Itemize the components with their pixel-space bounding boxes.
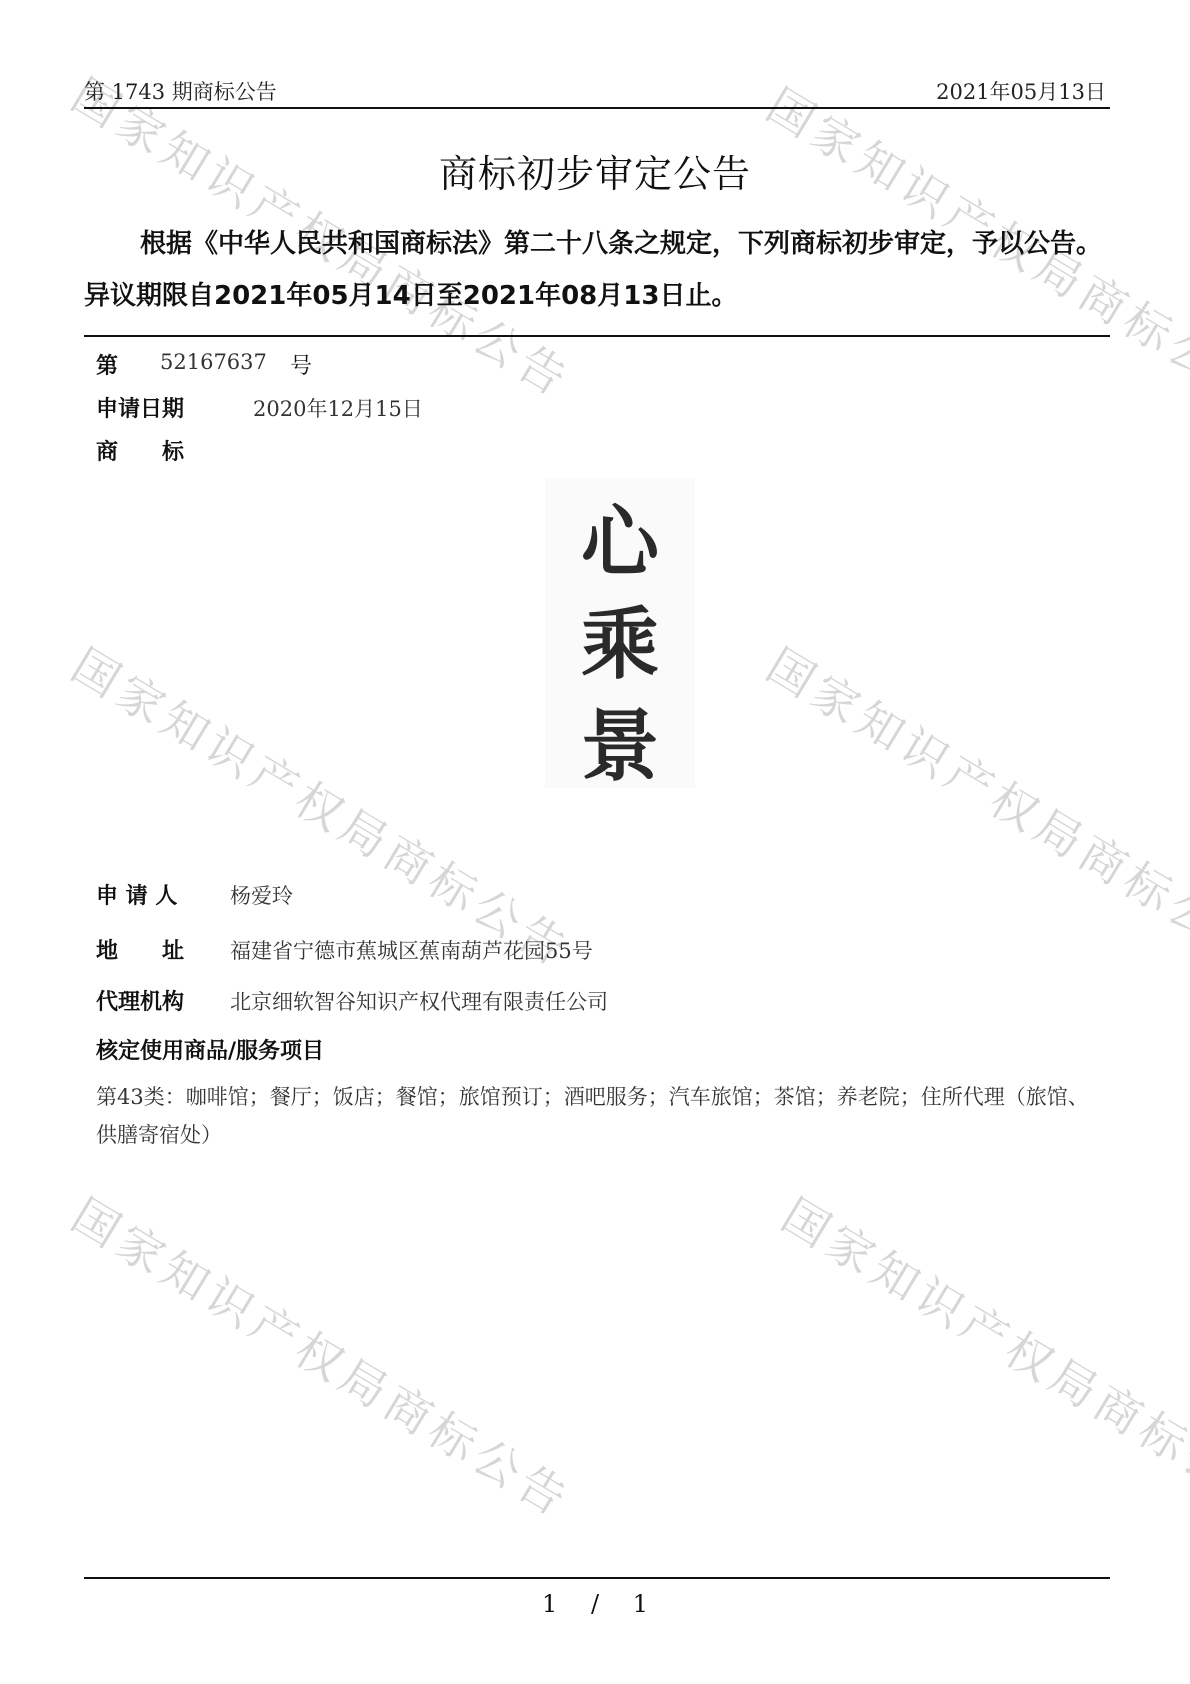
trademark-char: 景 [545, 684, 695, 796]
watermark: 国家知识产权局商标公告 [771, 1180, 1190, 1531]
address-label: 地 址 [96, 934, 184, 965]
footer-divider [84, 1577, 1110, 1579]
watermark: 国家知识产权局商标公告 [61, 630, 585, 981]
filing-date: 2020年12月15日 [253, 393, 423, 423]
applicant-name: 杨爱玲 [230, 880, 293, 910]
issue-number: 第 1743 期商标公告 [84, 76, 277, 106]
agent-value: 北京细软智谷知识产权代理有限责任公司 [230, 986, 608, 1016]
publication-date: 2021年05月13日 [936, 76, 1106, 106]
header-divider [84, 107, 1110, 109]
filing-date-label: 申请日期 [96, 392, 184, 423]
number-suffix: 号 [290, 349, 312, 380]
number-prefix: 第 [96, 349, 118, 380]
current-page: 1 [542, 1590, 557, 1618]
watermark: 国家知识产权局商标公告 [61, 1180, 585, 1531]
section-divider [84, 335, 1110, 337]
trademark-char: 心 [545, 480, 695, 592]
address-value: 福建省宁德市蕉城区蕉南葫芦花园55号 [230, 935, 593, 965]
page-indicator: 1 / 1 [0, 1590, 1190, 1618]
goods-list: 第43类：咖啡馆；餐厅；饭店；餐馆；旅馆预订；酒吧服务；汽车旅馆；茶馆；养老院；… [96, 1078, 1106, 1154]
page-separator: / [591, 1590, 599, 1618]
registration-number: 52167637 [160, 350, 267, 374]
trademark-image: 心 乘 景 [545, 478, 695, 788]
goods-label: 核定使用商品/服务项目 [96, 1034, 324, 1065]
intro-paragraph: 根据《中华人民共和国商标法》第二十八条之规定，下列商标初步审定，予以公告。异议期… [84, 218, 1110, 322]
watermark: 国家知识产权局商标公告 [756, 630, 1190, 981]
applicant-label: 申 请 人 [96, 879, 177, 910]
trademark-char: 乘 [545, 582, 695, 694]
mark-label: 商 标 [96, 435, 184, 466]
agent-label: 代理机构 [96, 985, 184, 1016]
page-title: 商标初步审定公告 [0, 143, 1190, 198]
total-pages: 1 [633, 1590, 648, 1618]
